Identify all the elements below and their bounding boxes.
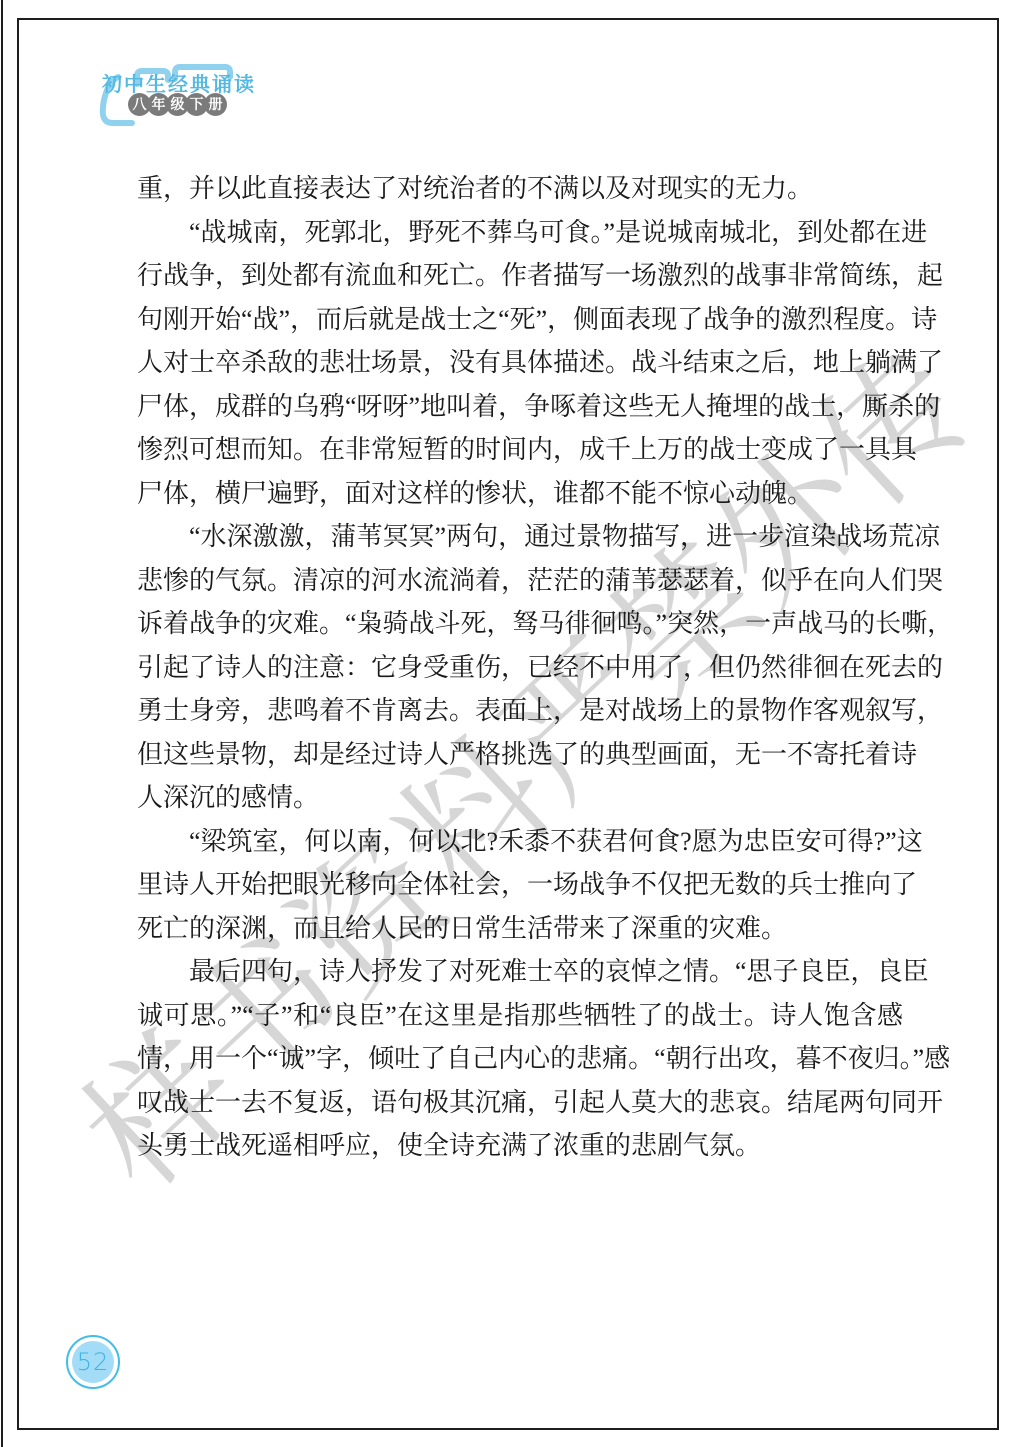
text-line: 尸体，横尸遍野，面对这样的惨状，谁都不能不惊心动魄。 — [137, 472, 903, 516]
text-line: 行战争，到处都有流血和死亡。作者描写一场激烈的战事非常简练，起 — [137, 254, 903, 298]
text-line: 诉着战争的灾难。“枭骑战斗死，驽马徘徊鸣。”突然，一声战马的长嘶， — [137, 602, 903, 646]
text-line: 句刚开始“战”，而后就是战士之“死”，侧面表现了战争的激烈程度。诗 — [137, 298, 903, 342]
page-border: 样书资料严禁外传 初中生经典诵读 八年级下册 重，并以此直接表达了对统治者的不满… — [17, 18, 999, 1430]
book-page: 样书资料严禁外传 初中生经典诵读 八年级下册 重，并以此直接表达了对统治者的不满… — [0, 0, 1016, 1447]
text-line: 但这些景物，却是经过诗人严格挑选了的典型画面，无一不寄托着诗 — [137, 733, 903, 777]
text-line: 人对士卒杀敌的悲壮场景，没有具体描述。战斗结束之后，地上躺满了 — [137, 341, 903, 385]
grade-badge-char: 册 — [204, 93, 227, 116]
grade-badge: 八年级下册 — [128, 93, 223, 116]
page-number-badge: 52 — [66, 1335, 120, 1389]
page-number: 52 — [77, 1348, 110, 1376]
text-line: “战城南，死郭北，野死不葬乌可食。”是说城南城北，到处都在进 — [137, 211, 903, 255]
text-line: 悲惨的气氛。清凉的河水流淌着，茫茫的蒲苇瑟瑟着，似乎在向人们哭 — [137, 559, 903, 603]
text-line: 情，用一个“诚”字，倾吐了自己内心的悲痛。“朝行出攻，暮不夜归。”感 — [137, 1037, 903, 1081]
text-line: 勇士身旁，悲鸣着不肯离去。表面上，是对战场上的景物作客观叙写， — [137, 689, 903, 733]
text-line: 尸体，成群的乌鸦“呀呀”地叫着，争啄着这些无人掩埋的战士，厮杀的 — [137, 385, 903, 429]
text-line: 诚可思。”“子”和“良臣”在这里是指那些牺牲了的战士。诗人饱含感 — [137, 994, 903, 1038]
text-line: 引起了诗人的注意：它身受重伤，已经不中用了，但仍然徘徊在死去的 — [137, 646, 903, 690]
page-number-inner-circle: 52 — [72, 1341, 114, 1383]
text-line: 叹战士一去不复返，语句极其沉痛，引起人莫大的悲哀。结尾两句同开 — [137, 1081, 903, 1125]
body-text: 重，并以此直接表达了对统治者的不满以及对现实的无力。“战城南，死郭北，野死不葬乌… — [137, 167, 903, 1168]
text-line: 死亡的深渊，而且给人民的日常生活带来了深重的灾难。 — [137, 907, 903, 951]
text-line: 重，并以此直接表达了对统治者的不满以及对现实的无力。 — [137, 167, 903, 211]
text-line: 惨烈可想而知。在非常短暂的时间内，成千上万的战士变成了一具具 — [137, 428, 903, 472]
text-line: 人深沉的感情。 — [137, 776, 903, 820]
scan-edge-line — [1, 0, 3, 1447]
text-line: 最后四句，诗人抒发了对死难士卒的哀悼之情。“思子良臣，良臣 — [137, 950, 903, 994]
text-line: “水深激激，蒲苇冥冥”两句，通过景物描写，进一步渲染战场荒凉 — [137, 515, 903, 559]
text-line: 头勇士战死遥相呼应，使全诗充满了浓重的悲剧气氛。 — [137, 1124, 903, 1168]
text-line: 里诗人开始把眼光移向全体社会，一场战争不仅把无数的兵士推向了 — [137, 863, 903, 907]
text-line: “梁筑室，何以南，何以北?禾黍不获君何食?愿为忠臣安可得?”这 — [137, 820, 903, 864]
